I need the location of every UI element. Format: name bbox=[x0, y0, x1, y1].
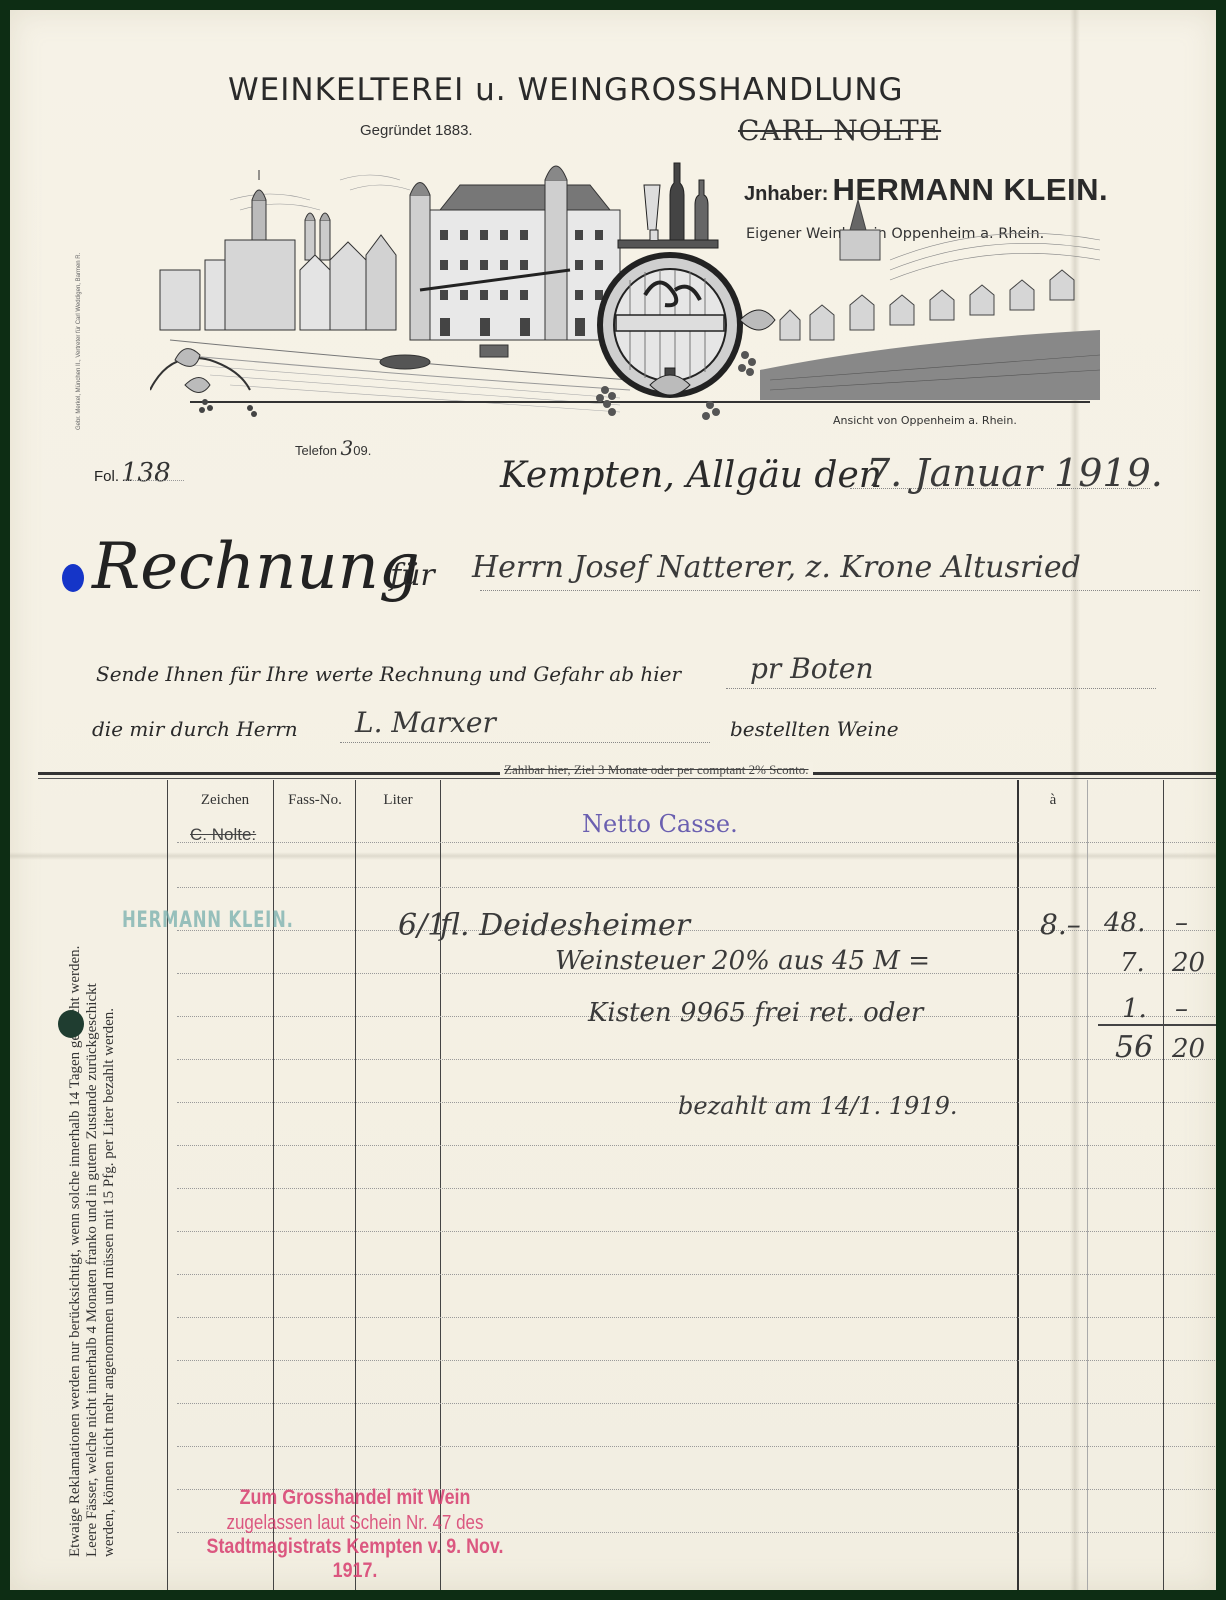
send-text: Sende Ihnen für Ihre werte Rechnung und … bbox=[96, 662, 681, 686]
license-stamp-line: zugelassen laut Schein Nr. 47 des bbox=[202, 1512, 508, 1535]
firm-title: WEINKELTEREI u. WEINGROSSHANDLUNG bbox=[228, 72, 1048, 108]
item-1-amount: 48. bbox=[1104, 908, 1145, 938]
item-1-cents: – bbox=[1175, 908, 1188, 938]
table-row-line bbox=[177, 887, 1216, 888]
telefon-label: Telefon bbox=[295, 443, 337, 458]
recipient-name: Herrn Josef Natterer, z. Krone Altusried bbox=[472, 550, 1081, 585]
table-row-line bbox=[177, 1059, 1216, 1060]
for-label: für bbox=[390, 558, 435, 593]
license-stamp: Zum Grosshandel mit Wein zugelassen laut… bbox=[202, 1486, 508, 1583]
recipient-dotted-line bbox=[480, 590, 1200, 591]
paid-note: bezahlt am 14/1. 1919. bbox=[678, 1092, 957, 1120]
telefon-printed-digits: 09. bbox=[353, 443, 371, 458]
table-row-line bbox=[177, 1145, 1216, 1146]
payment-note-stamp: Netto Casse. bbox=[582, 810, 738, 838]
column-divider-cask bbox=[355, 780, 356, 1590]
side-terms-line: werden, können nicht mehr angenommen und… bbox=[101, 797, 118, 1557]
side-terms-line: Etwaige Reklamationen werden nur berücks… bbox=[67, 797, 84, 1557]
item-3-amount: 1. bbox=[1122, 994, 1147, 1024]
table-row-line bbox=[177, 1274, 1216, 1275]
column-divider-left bbox=[167, 780, 168, 1590]
item-1-unit-price: 8.– bbox=[1040, 908, 1081, 941]
founded-year: Gegründet 1883. bbox=[360, 122, 473, 139]
shipping-method: pr Boten bbox=[750, 652, 874, 685]
folio-label: Fol. bbox=[94, 468, 119, 485]
item-1-description: fl. Deidesheimer bbox=[440, 908, 690, 943]
telefon-hand-digit: 3 bbox=[341, 436, 354, 460]
item-3-cents: – bbox=[1175, 994, 1188, 1024]
header-liters: Liter bbox=[358, 792, 438, 809]
view-caption: Ansicht von Oppenheim a. Rhein. bbox=[833, 414, 1017, 427]
wine-barrel-icon bbox=[596, 163, 775, 420]
firm-stamp: HERMANN KLEIN. bbox=[122, 908, 294, 933]
license-stamp-line: Zum Grosshandel mit Wein bbox=[202, 1486, 508, 1510]
item-3-description: Kisten 9965 frei ret. oder bbox=[588, 998, 923, 1028]
table-row-line bbox=[177, 1403, 1216, 1404]
agent-name: L. Marxer bbox=[355, 706, 496, 739]
shipping-dotted-line bbox=[726, 688, 1156, 689]
total-cents: 20 bbox=[1172, 1034, 1205, 1064]
place-label: Kempten, Allgäu den bbox=[500, 455, 882, 496]
table-row-line bbox=[177, 1188, 1216, 1189]
invoice-date: 7. Januar 1919. bbox=[866, 451, 1163, 495]
printer-note: Gebr. Merkel, München II., Vertreter für… bbox=[76, 253, 82, 430]
item-2-amount: 7. bbox=[1120, 948, 1145, 978]
mark-value: C. Nolte: bbox=[190, 825, 256, 845]
ordered-wines-text: bestellten Weine bbox=[730, 717, 899, 741]
table-row-line bbox=[177, 1231, 1216, 1232]
total-amount: 56 bbox=[1115, 1030, 1153, 1065]
column-divider-liters bbox=[440, 780, 441, 1590]
blue-dot-marker bbox=[62, 564, 84, 592]
column-divider-cents bbox=[1163, 780, 1164, 1590]
column-divider-description bbox=[1017, 780, 1019, 1590]
agent-dotted-line bbox=[340, 742, 710, 743]
column-divider-unit-price-fold bbox=[1087, 780, 1088, 1590]
folio-dotted-line bbox=[124, 480, 184, 481]
side-terms: Etwaige Reklamationen werden nur berücks… bbox=[67, 797, 118, 1557]
table-row-line bbox=[177, 1446, 1216, 1447]
column-divider-mark bbox=[273, 780, 274, 1590]
side-terms-line: Leere Fässer, welche nicht innerhalb 4 M… bbox=[84, 797, 101, 1557]
payment-terms: Zahlbar hier, Ziel 3 Monate oder per com… bbox=[500, 762, 813, 778]
table-top-rule-thin bbox=[38, 778, 1216, 779]
license-stamp-line: Stadtmagistrats Kempten v. 9. Nov. 1917. bbox=[202, 1535, 508, 1583]
oppenheim-view-icon bbox=[760, 200, 1100, 400]
invoice-paper: WEINKELTEREI u. WEINGROSSHANDLUNG Gegrün… bbox=[10, 10, 1216, 1590]
sum-rule bbox=[1098, 1024, 1216, 1026]
engraving-illustration bbox=[150, 140, 1120, 430]
punch-hole bbox=[58, 1010, 84, 1038]
header-mark: Zeichen bbox=[180, 792, 270, 809]
item-2-cents: 20 bbox=[1172, 948, 1205, 978]
table-row-line bbox=[177, 842, 1216, 843]
paper-fold-horizontal bbox=[10, 852, 1216, 860]
header-unit-price: à bbox=[1020, 792, 1086, 809]
grapevine-left-icon bbox=[150, 349, 257, 417]
header-cask-no: Fass-No. bbox=[276, 792, 354, 809]
via-text: die mir durch Herrn bbox=[92, 717, 298, 741]
table-row-line bbox=[177, 1360, 1216, 1361]
item-2-description: Weinsteuer 20% aus 45 M = bbox=[555, 946, 930, 976]
telefon-number: Telefon 309. bbox=[295, 436, 371, 460]
folio: Fol.138 bbox=[94, 458, 171, 488]
table-row-line bbox=[177, 1317, 1216, 1318]
invoice-title: Rechnung bbox=[92, 530, 420, 604]
folio-number: 138 bbox=[121, 458, 171, 488]
